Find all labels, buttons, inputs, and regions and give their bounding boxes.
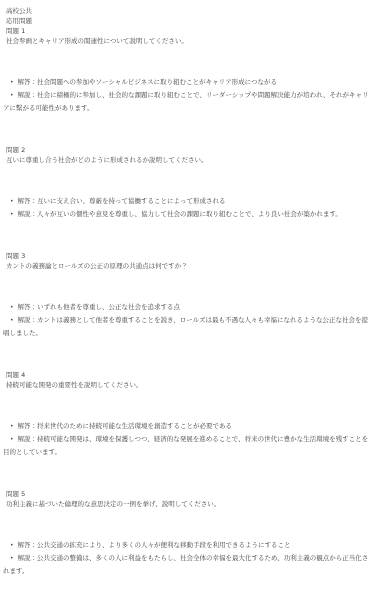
document-title: 高校公共 <box>6 6 369 16</box>
answer-list: •解答：互いに支え合い、尊厳を持って協働することによって形成される •解説：人々… <box>3 195 369 221</box>
answer-text: 解答：公共交通の拡充により、より多くの人々が便利な移動手段を利用できるようにする… <box>18 541 291 549</box>
explanation-item: •解説：公共交通の整備は、多くの人に利益をもたらし、社会全体の幸福を最大化するた… <box>3 552 369 578</box>
answer-item: •解答：公共交通の拡充により、より多くの人々が便利な移動手段を利用できるようにす… <box>3 539 369 552</box>
question-label: 問題 2 <box>6 145 369 155</box>
question-label: 問題 5 <box>6 489 369 499</box>
explanation-text: 解説：カントは義務として他者を尊重することを説き、ロールズは最も不遇な人々も幸福… <box>3 316 368 337</box>
question-label: 問題 4 <box>6 370 369 380</box>
answer-text: 解答：いずれも他者を尊重し、公正な社会を追求する点 <box>18 303 181 311</box>
answer-item: •解答：互いに支え合い、尊厳を持って協働することによって形成される <box>3 195 369 208</box>
bullet-icon: • <box>10 555 14 562</box>
qa-section-2: 問題 2 互いに尊重し合う社会がどのように形成されるか説明してください。 •解答… <box>3 145 369 221</box>
answer-text: 解答：将来世代のために持続可能な生活環境を創造することが必要である <box>18 422 233 430</box>
explanation-item: •解説：社会に積極的に参加し、社会的な課題に取り組むことで、リーダーシップや問題… <box>3 89 369 115</box>
question-text: カントの義務論とロールズの公正の原理の共通点は何ですか？ <box>6 261 369 271</box>
explanation-text: 解説：公共交通の整備は、多くの人に利益をもたらし、社会全体の幸福を最大化するため… <box>3 554 368 575</box>
bullet-icon: • <box>10 92 14 99</box>
question-text: 持続可能な開発の重要性を説明してください。 <box>6 380 369 390</box>
question-text: 功利主義に基づいた倫理的な意思決定の一例を挙げ、説明してください。 <box>6 499 369 509</box>
explanation-item: •解説：カントは義務として他者を尊重することを説き、ロールズは最も不遇な人々も幸… <box>3 314 369 340</box>
answer-list: •解答：いずれも他者を尊重し、公正な社会を追求する点 •解説：カントは義務として… <box>3 301 369 340</box>
answer-item: •解答：社会問題への参加やソーシャルビジネスに取り組むことがキャリア形成につなが… <box>3 76 369 89</box>
answer-text: 解答：互いに支え合い、尊厳を持って協働することによって形成される <box>18 197 226 205</box>
answer-item: •解答：いずれも他者を尊重し、公正な社会を追求する点 <box>3 301 369 314</box>
question-label: 問題 1 <box>6 26 369 36</box>
bullet-icon: • <box>10 198 14 205</box>
document-subtitle: 応用問題 <box>6 16 369 26</box>
bullet-icon: • <box>10 542 14 549</box>
explanation-text: 解説：社会に積極的に参加し、社会的な課題に取り組むことで、リーダーシップや問題解… <box>3 91 369 112</box>
document-page: 高校公共 応用問題 問題 1 社会参画とキャリア形成の関連性について説明してくだ… <box>0 0 373 600</box>
answer-list: •解答：公共交通の拡充により、より多くの人々が便利な移動手段を利用できるようにす… <box>3 539 369 578</box>
explanation-text: 解説：持続可能な開発は、環境を保護しつつ、経済的な発展を進めることで、将来の世代… <box>3 435 368 456</box>
qa-section-1: 問題 1 社会参画とキャリア形成の関連性について説明してください。 •解答：社会… <box>3 26 369 115</box>
bullet-icon: • <box>10 211 14 218</box>
answer-item: •解答：将来世代のために持続可能な生活環境を創造することが必要である <box>3 420 369 433</box>
qa-section-5: 問題 5 功利主義に基づいた倫理的な意思決定の一例を挙げ、説明してください。 •… <box>3 489 369 578</box>
answer-list: •解答：将来世代のために持続可能な生活環境を創造することが必要である •解説：持… <box>3 420 369 459</box>
question-text: 社会参画とキャリア形成の関連性について説明してください。 <box>6 36 369 46</box>
answer-text: 解答：社会問題への参加やソーシャルビジネスに取り組むことがキャリア形成につながる <box>18 78 277 86</box>
question-text: 互いに尊重し合う社会がどのように形成されるか説明してください。 <box>6 155 369 165</box>
explanation-item: •解説：人々が互いの個性や意見を尊重し、協力して社会の課題に取り組むことで、より… <box>3 208 369 221</box>
qa-section-3: 問題 3 カントの義務論とロールズの公正の原理の共通点は何ですか？ •解答：いず… <box>3 251 369 340</box>
question-label: 問題 3 <box>6 251 369 261</box>
answer-list: •解答：社会問題への参加やソーシャルビジネスに取り組むことがキャリア形成につなが… <box>3 76 369 115</box>
bullet-icon: • <box>10 304 14 311</box>
explanation-text: 解説：人々が互いの個性や意見を尊重し、協力して社会の課題に取り組むことで、より良… <box>18 210 342 218</box>
bullet-icon: • <box>10 436 14 443</box>
bullet-icon: • <box>10 317 14 324</box>
explanation-item: •解説：持続可能な開発は、環境を保護しつつ、経済的な発展を進めることで、将来の世… <box>3 433 369 459</box>
qa-section-4: 問題 4 持続可能な開発の重要性を説明してください。 •解答：将来世代のために持… <box>3 370 369 459</box>
bullet-icon: • <box>10 79 14 86</box>
bullet-icon: • <box>10 423 14 430</box>
